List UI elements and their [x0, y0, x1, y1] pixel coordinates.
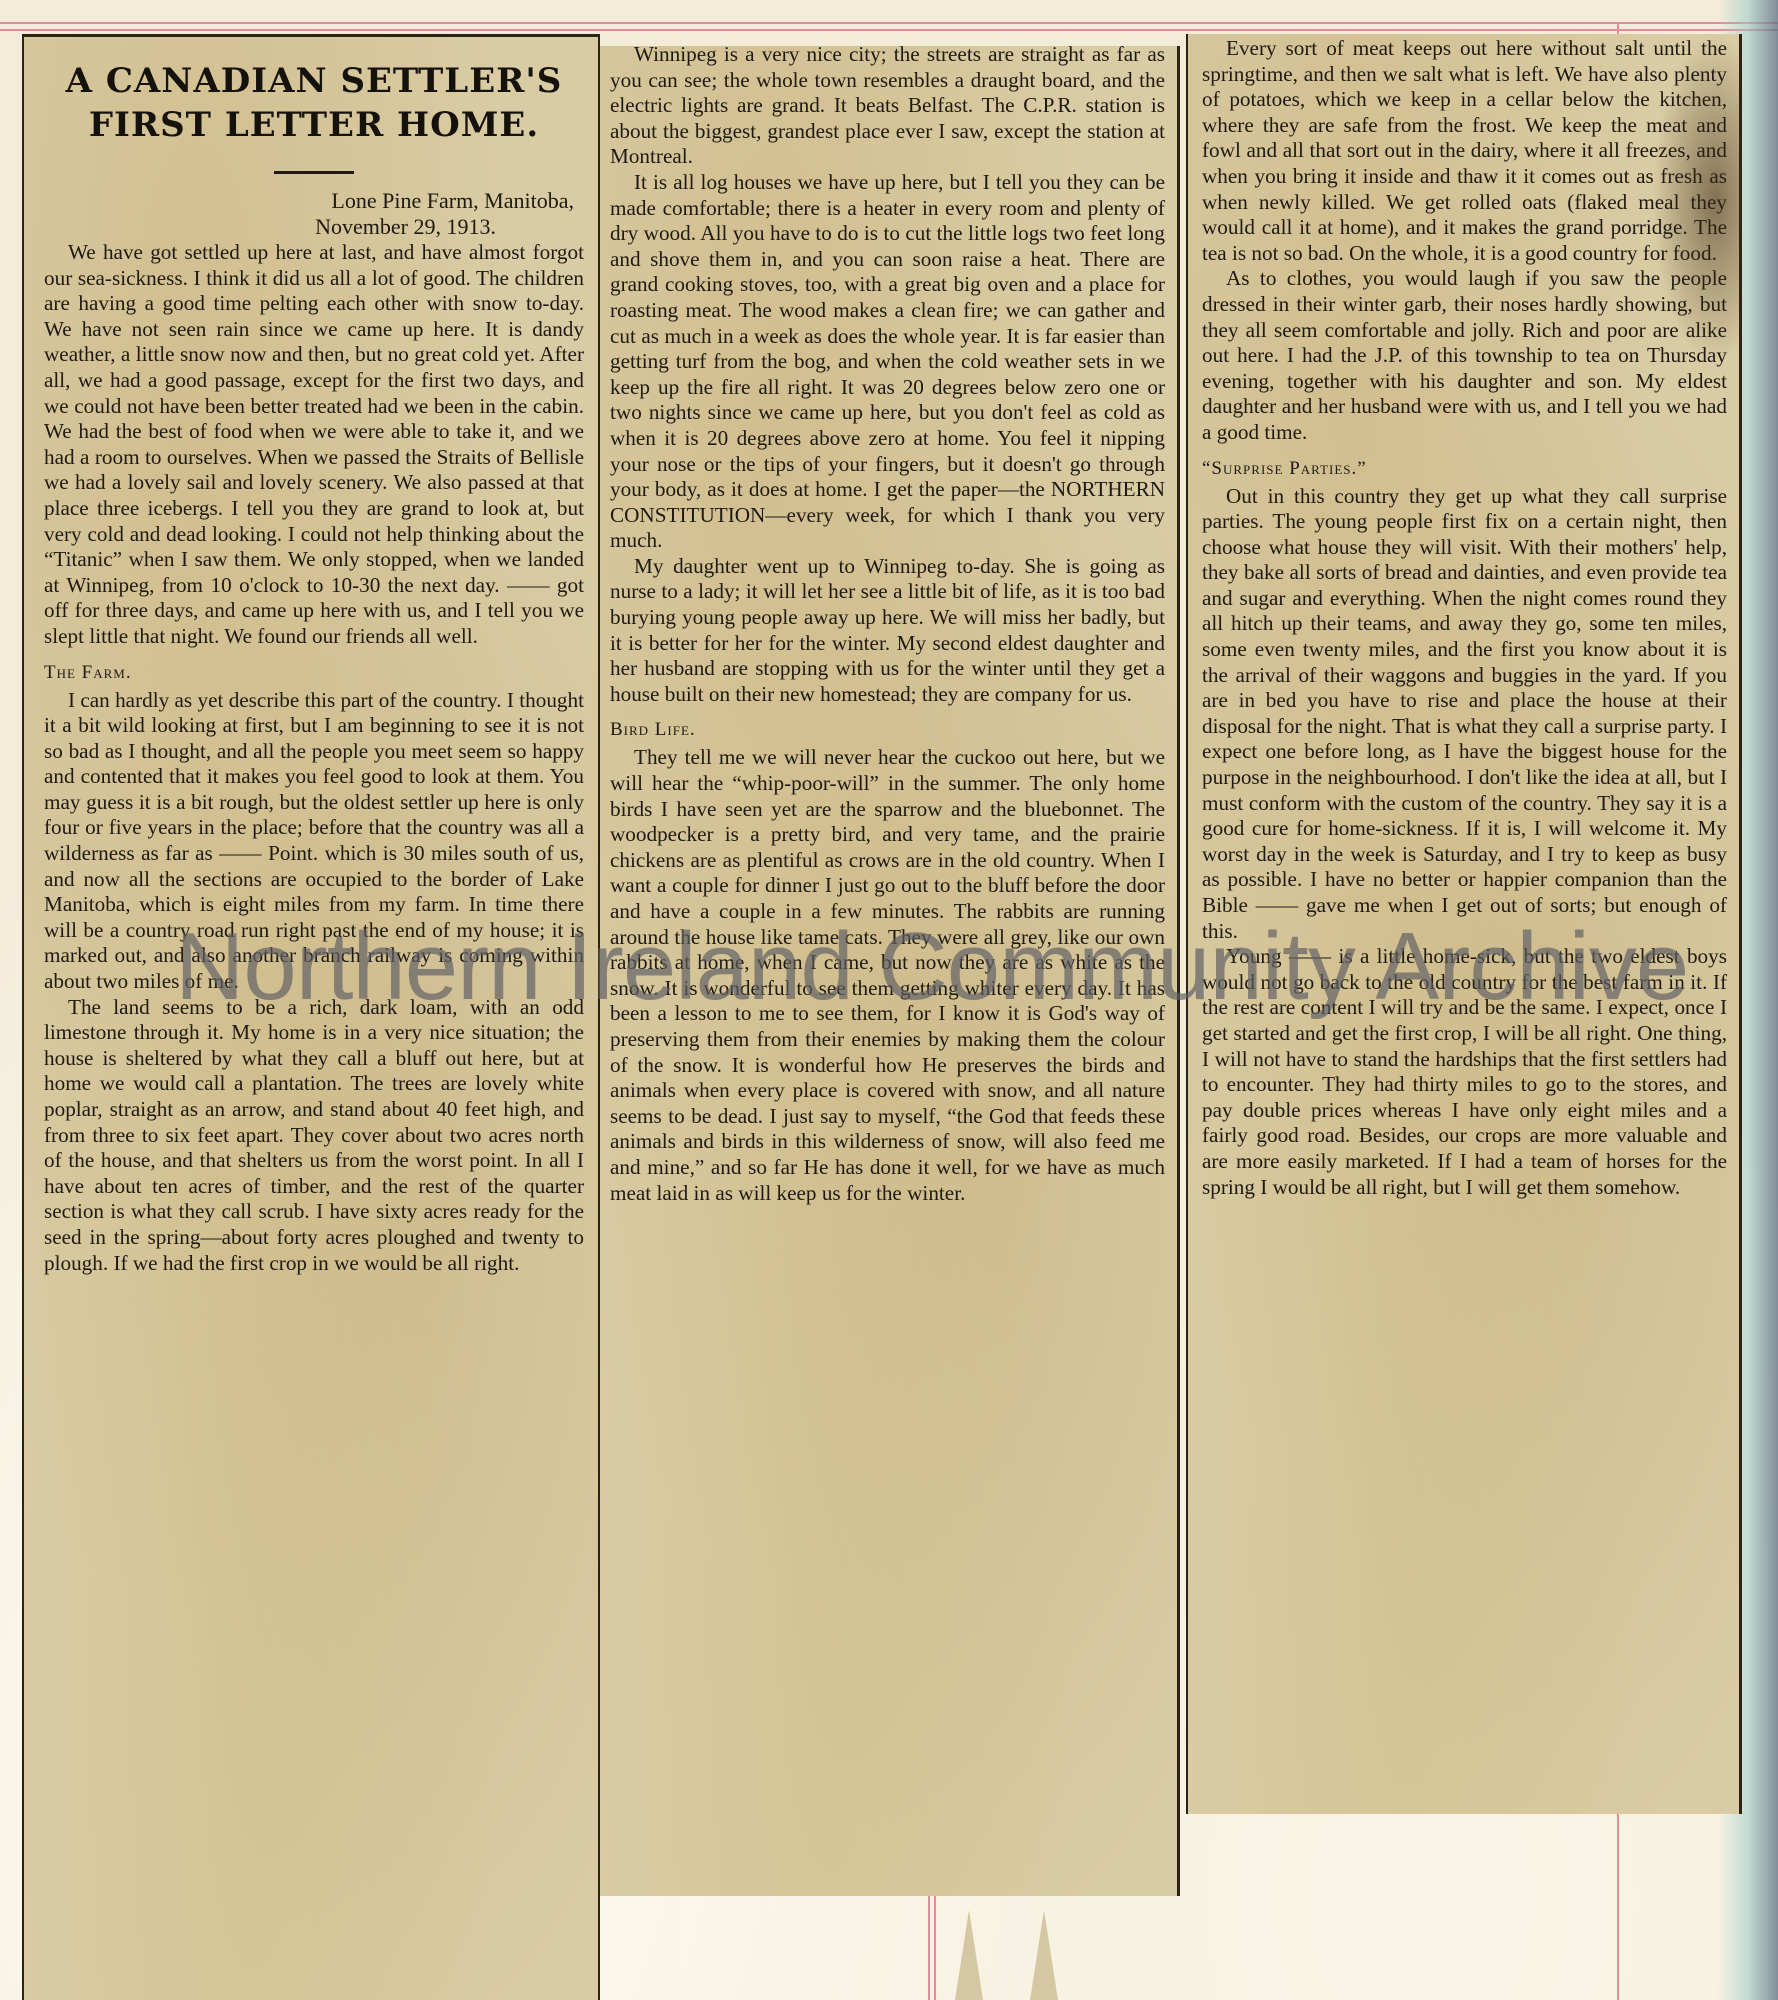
ruled-margin-line-center-2 — [934, 1895, 936, 2000]
headline: A CANADIAN SETTLER'S FIRST LETTER HOME. — [44, 59, 584, 147]
headline-line-2: FIRST LETTER HOME. — [44, 103, 584, 147]
paragraph: I can hardly as yet describe this part o… — [44, 688, 584, 995]
paragraph: They tell me we will never hear the cuck… — [610, 745, 1165, 1206]
section-heading-surprise-parties: “Surprise Parties.” — [1202, 458, 1727, 480]
clipping-column-left: A CANADIAN SETTLER'S FIRST LETTER HOME. … — [22, 34, 600, 2000]
paragraph: As to clothes, you would laugh if you sa… — [1202, 266, 1727, 445]
paragraph: Every sort of meat keeps out here withou… — [1202, 36, 1727, 266]
dateline-date: November 29, 1913. — [44, 214, 574, 240]
ruled-line-top-2 — [0, 29, 1778, 31]
section-heading-bird-life: Bird Life. — [610, 719, 1165, 741]
dateline: Lone Pine Farm, Manitoba, November 29, 1… — [44, 188, 584, 240]
ruled-margin-line-center — [928, 1895, 930, 2000]
feather-decoration — [955, 1910, 983, 2000]
section-heading-the-farm: The Farm. — [44, 662, 584, 684]
feather-decoration — [1030, 1910, 1058, 2000]
headline-line-1: A CANADIAN SETTLER'S — [44, 59, 584, 103]
paragraph: My daughter went up to Winnipeg to-day. … — [610, 554, 1165, 708]
ruled-line-top-1 — [0, 22, 1778, 24]
paragraph: Out in this country they get up what the… — [1202, 484, 1727, 945]
paragraph: Young —— is a little home-sick, but the … — [1202, 944, 1727, 1200]
headline-divider — [274, 171, 354, 174]
paragraph: We have got settled up here at last, and… — [44, 240, 584, 650]
clipping-column-middle: Winnipeg is a very nice city; the street… — [600, 46, 1180, 1896]
clipping-column-right: Every sort of meat keeps out here withou… — [1186, 34, 1742, 1814]
dateline-place: Lone Pine Farm, Manitoba, — [44, 188, 574, 214]
paragraph: Winnipeg is a very nice city; the street… — [610, 42, 1165, 170]
paragraph: The land seems to be a rich, dark loam, … — [44, 995, 584, 1277]
paragraph: It is all log houses we have up here, bu… — [610, 170, 1165, 554]
